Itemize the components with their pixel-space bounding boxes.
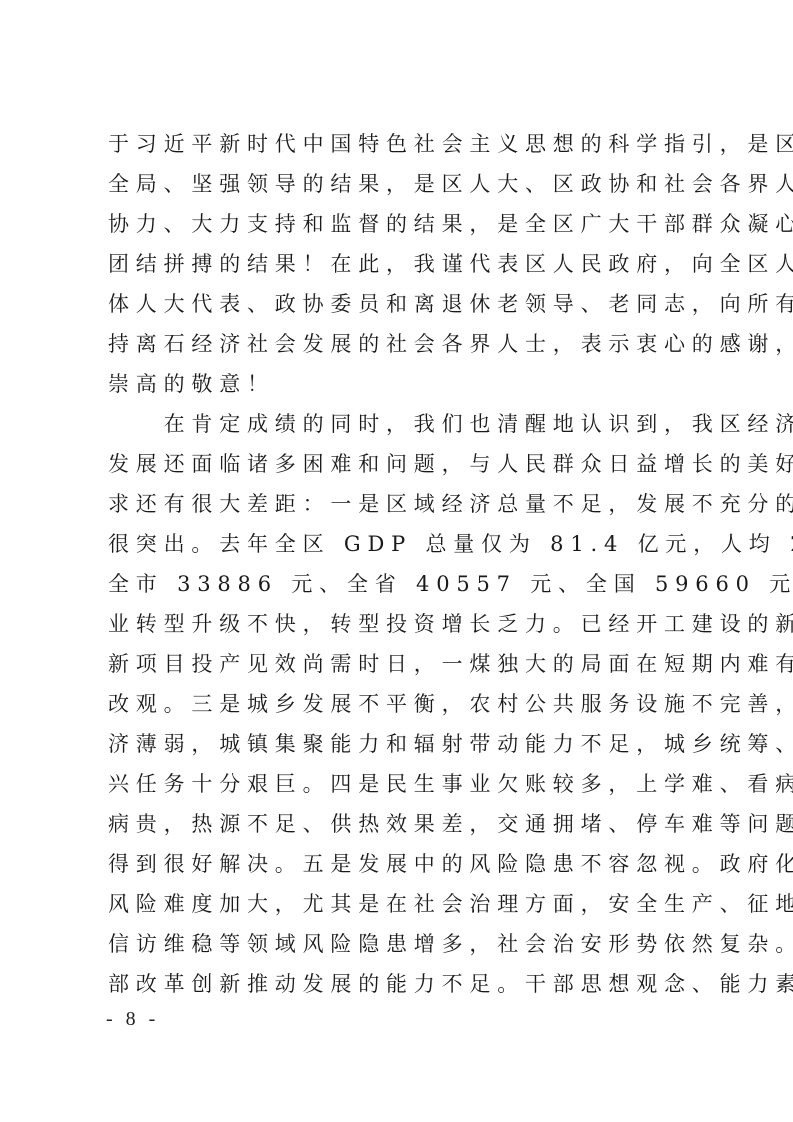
text-line: 全局、坚强领导的结果，是区人大、区政协和社会各界人士同心 xyxy=(108,164,696,204)
text-line: 改观。三是城乡发展不平衡，农村公共服务设施不完善，集体经 xyxy=(108,684,696,724)
text-line: 求还有很大差距：一是区域经济总量不足，发展不充分的问题仍 xyxy=(108,484,696,524)
text-line: 得到很好解决。五是发展中的风险隐患不容忽视。政府化解防控 xyxy=(108,844,696,884)
page-number: - 8 - xyxy=(106,1008,159,1031)
text-line: 崇高的敬意！ xyxy=(108,364,696,404)
body-text: 于习近平新时代中国特色社会主义思想的科学指引，是区委统揽 全局、坚强领导的结果，… xyxy=(108,124,696,1004)
text-line: 持离石经济社会发展的社会各界人士，表示衷心的感谢，并致以 xyxy=(108,324,696,364)
text-line: 信访维稳等领域风险隐患增多，社会治安形势依然复杂。六是干 xyxy=(108,924,696,964)
text-line: 协力、大力支持和监督的结果，是全区广大干部群众凝心聚力、 xyxy=(108,204,696,244)
text-line: 发展还面临诸多困难和问题，与人民群众日益增长的美好生活需 xyxy=(108,444,696,484)
text-line: 济薄弱，城镇集聚能力和辐射带动能力不足，城乡统筹、乡村振 xyxy=(108,724,696,764)
text-line: 病贵，热源不足、供热效果差，交通拥堵、停车难等问题还没有 xyxy=(108,804,696,844)
text-line: 新项目投产见效尚需时日，一煤独大的局面在短期内难有根本性 xyxy=(108,644,696,684)
text-line: 兴任务十分艰巨。四是民生事业欠账较多，上学难、看病难、看 xyxy=(108,764,696,804)
text-line: 团结拼搏的结果！在此，我谨代表区人民政府，向全区人民、全 xyxy=(108,244,696,284)
text-line: 体人大代表、政协委员和离退休老领导、老同志，向所有关心支 xyxy=(108,284,696,324)
paragraph-start-line: 在肯定成绩的同时，我们也清醒地认识到，我区经济和社会 xyxy=(108,404,696,444)
text-line: 于习近平新时代中国特色社会主义思想的科学指引，是区委统揽 xyxy=(108,124,696,164)
document-page: 于习近平新时代中国特色社会主义思想的科学指引，是区委统揽 全局、坚强领导的结果，… xyxy=(0,0,793,1122)
text-line: 全市 33886 元、全省 40557 元、全国 59660 元差距较大。二是产 xyxy=(108,564,696,604)
text-line: 部改革创新推动发展的能力不足。干部思想观念、能力素质、创 xyxy=(108,964,696,1004)
text-line: 很突出。去年全区 GDP 总量仅为 81.4 亿元，人均 24359 元，与 xyxy=(108,524,696,564)
text-line: 风险难度加大，尤其是在社会治理方面，安全生产、征地拆迁、 xyxy=(108,884,696,924)
text-line: 业转型升级不快，转型投资增长乏力。已经开工建设的新产业、 xyxy=(108,604,696,644)
